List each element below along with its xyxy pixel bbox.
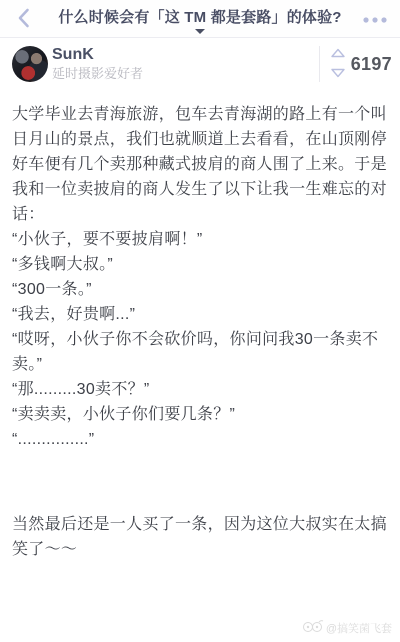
watermark-text: @搞笑菌飞套 — [326, 620, 392, 636]
answer-closing: 当然最后还是一人买了一条，因为这位大叔实在太搞笑了～～ — [12, 512, 388, 562]
answer-line: “小伙子，要不要披肩啊！” — [12, 227, 388, 252]
avatar[interactable] — [12, 46, 48, 82]
more-button[interactable] — [358, 5, 392, 33]
downvote-icon[interactable] — [330, 65, 346, 83]
question-title[interactable]: 什么时候会有「这 TM 都是套路」的体验? — [58, 6, 341, 31]
answer-line: “那.........30卖不？” — [12, 377, 388, 402]
author-row: SunK 延时摄影爱好者 6197 — [0, 38, 400, 90]
vote-widget: 6197 — [319, 46, 392, 82]
author-bio: 延时摄影爱好者 — [52, 66, 143, 81]
header-bar: 什么时候会有「这 TM 都是套路」的体验? — [0, 0, 400, 38]
answer-paragraph: 大学毕业去青海旅游，包车去青海湖的路上有一个叫日月山的景点，我们也就顺道上去看看… — [12, 102, 388, 227]
answer-line: “...............” — [12, 427, 388, 452]
back-button[interactable] — [8, 5, 40, 33]
watermark-doodle-icon — [302, 619, 326, 636]
vote-arrows — [330, 45, 346, 83]
vote-count: 6197 — [351, 54, 392, 75]
watermark: @搞笑菌飞套 — [302, 619, 392, 636]
answer-page: 什么时候会有「这 TM 都是套路」的体验? SunK 延时摄影爱好者 — [0, 0, 400, 642]
answer-body: 大学毕业去青海旅游，包车去青海湖的路上有一个叫日月山的景点，我们也就顺道上去看看… — [0, 90, 400, 562]
ellipsis-icon — [362, 12, 388, 27]
answer-line: “多钱啊大叔。” — [12, 252, 388, 277]
answer-line: “卖卖卖，小伙子你们要几条？” — [12, 402, 388, 427]
answer-line: “我去，好贵啊...” — [12, 302, 388, 327]
upvote-icon[interactable] — [330, 45, 346, 63]
chevron-left-icon — [14, 7, 34, 32]
author-name[interactable]: SunK — [52, 46, 94, 64]
title-expand-icon[interactable] — [195, 29, 205, 34]
answer-line: “300一条。” — [12, 277, 388, 302]
answer-line: “哎呀，小伙子你不会砍价吗，你问问我30一条卖不卖。” — [12, 327, 388, 377]
